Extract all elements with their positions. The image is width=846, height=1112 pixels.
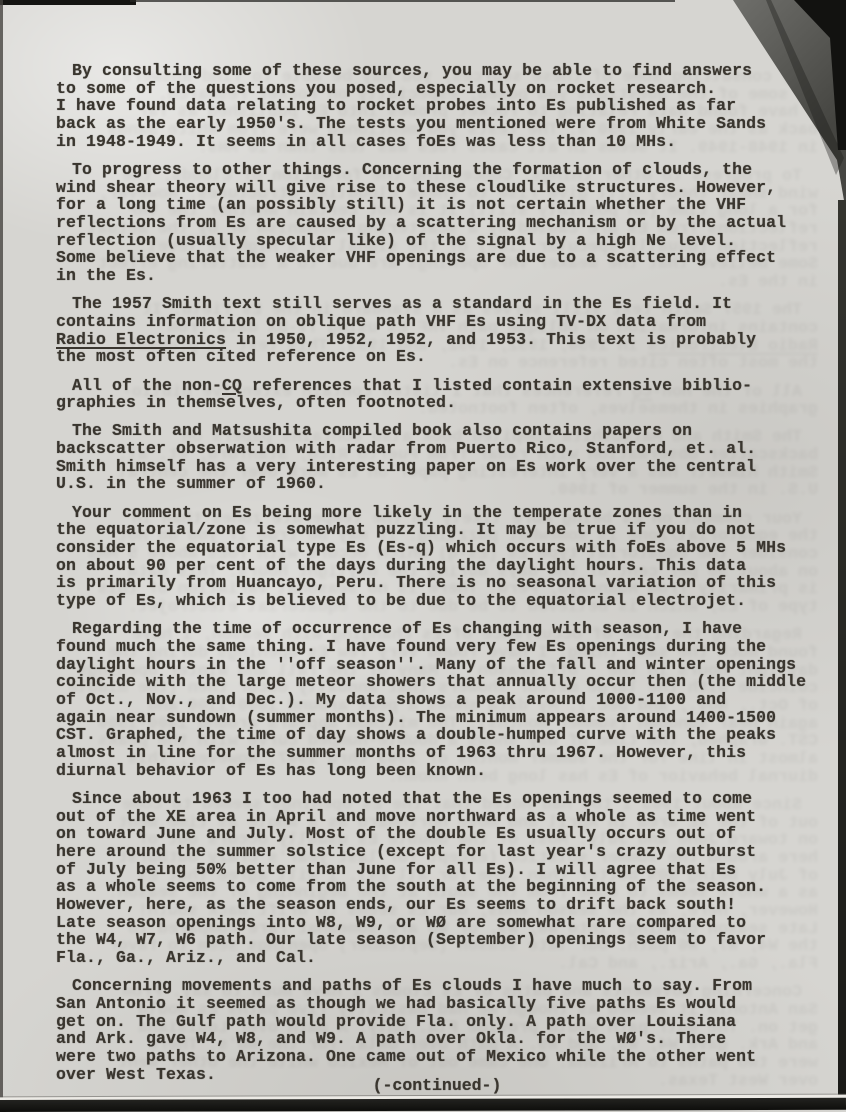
typed-line: CST. Graphed, the time of day shows a do…	[56, 726, 818, 744]
paragraph: Since about 1963 I too had noted that th…	[56, 790, 818, 967]
typed-line: as a whole seems to come from the south …	[56, 878, 818, 896]
typed-line: type of Es, which is believed to be due …	[56, 592, 818, 610]
typed-line: daylight hours in the ''off season''. Ma…	[56, 656, 818, 674]
typed-line: graphies in themselves, often footnoted.	[56, 394, 818, 412]
typed-line: out of the XE area in April and move nor…	[56, 808, 818, 826]
paragraph: Concerning movements and paths of Es clo…	[56, 977, 818, 1083]
typed-line: Smith himself has a very interesting pap…	[56, 458, 818, 476]
typed-line: wind shear theory will give rise to thes…	[56, 179, 818, 197]
typed-line: were two paths to Arizona. One came out …	[56, 1048, 818, 1066]
typed-line: U.S. in the summer of 1960.	[56, 475, 818, 493]
typed-line: Radio Electronics in 1950, 1952, 1952, a…	[56, 331, 818, 349]
typed-line: reflection (usually specular like) of th…	[56, 232, 818, 250]
typed-line: on about 90 per cent of the days during …	[56, 557, 818, 575]
typed-line: get on. The Gulf path would provide Fla.…	[56, 1013, 818, 1031]
typed-line: in the Es.	[56, 267, 818, 285]
typed-line: By consulting some of these sources, you…	[56, 62, 818, 80]
typed-line: All of the non-CQ references that I list…	[56, 377, 818, 395]
typed-line: is primarily from Huancayo, Peru. There …	[56, 574, 818, 592]
scan-edge-left	[0, 0, 3, 1112]
letter-paragraphs: By consulting some of these sources, you…	[56, 62, 818, 1083]
typed-line: Since about 1963 I too had noted that th…	[56, 790, 818, 808]
typed-line: of Oct., Nov., and Dec.). My data shows …	[56, 691, 818, 709]
typed-line: to some of the questions you posed, espe…	[56, 80, 818, 98]
typed-line: Fla., Ga., Ariz., and Cal.	[56, 949, 818, 967]
typed-line: Concerning movements and paths of Es clo…	[56, 977, 818, 995]
typed-line: here around the summer solstice (except …	[56, 843, 818, 861]
typed-line: in 1948-1949. It seems in all cases foEs…	[56, 133, 818, 151]
typed-line: reflections from Es are caused by a scat…	[56, 214, 818, 232]
paragraph: All of the non-CQ references that I list…	[56, 377, 818, 412]
scan-edge-right	[838, 200, 846, 1100]
typed-line: almost in line for the summer months of …	[56, 744, 818, 762]
scanned-letter-page: By consulting some of these sources, you…	[0, 0, 846, 1112]
typed-line: Some believe that the weaker VHF opening…	[56, 249, 818, 267]
typed-line: The Smith and Matsushita compiled book a…	[56, 422, 818, 440]
typed-line: backscatter obserwation with radar from …	[56, 440, 818, 458]
typed-line: contains information on oblique path VHF…	[56, 313, 818, 331]
typed-line: the W4, W7, W6 path. Our late season (Se…	[56, 931, 818, 949]
typed-line: To progress to other things. Concerning …	[56, 161, 818, 179]
typed-line: consider the equatorial type Es (Es-q) w…	[56, 539, 818, 557]
typed-line: of July being 50% better than June for a…	[56, 861, 818, 879]
paper-sheet: By consulting some of these sources, you…	[0, 0, 846, 1112]
scan-edge-top-left	[0, 0, 136, 5]
scan-edge-top	[130, 0, 675, 2]
typed-line: diurnal behavior of Es has long been kno…	[56, 762, 818, 780]
scan-edge-bottom	[0, 1098, 846, 1112]
typed-line: again near sundown (summer months). The …	[56, 709, 818, 727]
paragraph: By consulting some of these sources, you…	[56, 62, 818, 150]
paragraph: Regarding the time of occurrence of Es c…	[56, 620, 818, 779]
typed-line: Late season openings into W8, W9, or WØ …	[56, 914, 818, 932]
typed-line: Regarding the time of occurrence of Es c…	[56, 620, 818, 638]
typed-line: coincide with the large meteor showers t…	[56, 673, 818, 691]
typed-line: on toward June and July. Most of the dou…	[56, 825, 818, 843]
paragraph: The 1957 Smith text still serves as a st…	[56, 295, 818, 366]
typed-line: for a long time (an possibly still) it i…	[56, 196, 818, 214]
paragraph: To progress to other things. Concerning …	[56, 161, 818, 285]
typed-line: the equatorial/zone is somewhat puzzling…	[56, 521, 818, 539]
typed-line: the most often cited reference on Es.	[56, 348, 818, 366]
typed-line: back as the early 1950's. The tests you …	[56, 115, 818, 133]
typed-line: Your comment on Es being more likely in …	[56, 504, 818, 522]
typed-line: I have found data relating to rocket pro…	[56, 97, 818, 115]
paragraph: Your comment on Es being more likely in …	[56, 504, 818, 610]
typed-line: However, here, as the season ends, our E…	[56, 896, 818, 914]
typed-line: found much the same thing. I have found …	[56, 638, 818, 656]
letter-body: By consulting some of these sources, you…	[56, 62, 818, 1095]
typed-line: San Antonio it seemed as though we had b…	[56, 995, 818, 1013]
typed-line: The 1957 Smith text still serves as a st…	[56, 295, 818, 313]
paragraph: The Smith and Matsushita compiled book a…	[56, 422, 818, 493]
typed-line: and Ark. gave W4, W8, and W9. A path ove…	[56, 1030, 818, 1048]
